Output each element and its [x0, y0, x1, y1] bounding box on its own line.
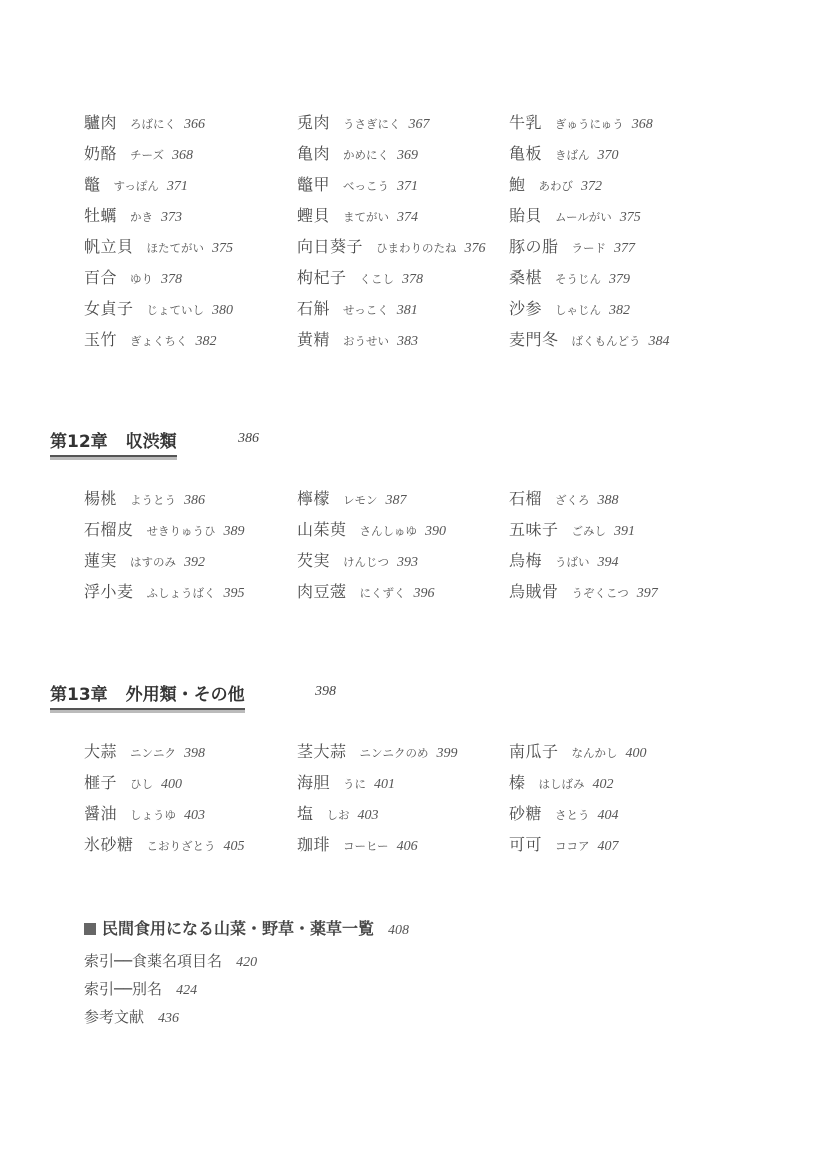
toc-row: 榧子ひし400海胆うに401榛はしばみ402 — [84, 770, 744, 801]
entry-reading: かき — [130, 209, 153, 225]
chapter-number: 第13章 — [50, 680, 108, 705]
back-matter-label: 民間食用になる山菜・野草・薬草一覧 — [102, 916, 374, 939]
entry-page: 404 — [598, 808, 619, 824]
entry-reading: レモン — [343, 492, 378, 508]
toc-row: 帆立貝ほたてがい375向日葵子ひまわりのたね376豚の脂ラード377 — [84, 234, 744, 265]
entry-reading: こおりざとう — [147, 838, 216, 854]
entry-reading: ゆり — [130, 271, 153, 287]
entry-reading: おうせい — [343, 333, 389, 349]
toc-entry: 蓮実はすのみ392 — [84, 548, 205, 571]
entry-name: 大蒜 — [84, 739, 117, 762]
entry-reading: ニンニクのめ — [360, 745, 429, 761]
entry-reading: くこし — [360, 271, 395, 287]
entry-name: 醤油 — [84, 801, 117, 824]
entry-reading: うばい — [555, 554, 590, 570]
entry-name: 亀肉 — [297, 141, 330, 164]
entry-page: 381 — [397, 303, 418, 319]
entry-reading: ふしょうばく — [147, 585, 216, 601]
entry-reading: ばくもんどう — [572, 333, 641, 349]
entry-name: 南瓜子 — [509, 739, 559, 762]
toc-entry: 大蒜ニンニク398 — [84, 739, 205, 762]
entry-name: 氷砂糖 — [84, 832, 134, 855]
entry-page: 382 — [609, 303, 630, 319]
chapter-page: 398 — [315, 684, 336, 700]
entry-name: 鼈甲 — [297, 172, 330, 195]
entry-page: 367 — [409, 117, 430, 133]
entry-name: 石榴 — [509, 486, 542, 509]
toc-entry: 氷砂糖こおりざとう405 — [84, 832, 245, 855]
entry-name: 玉竹 — [84, 327, 117, 350]
entry-reading: ラード — [572, 240, 607, 256]
toc-entry: 石斛せっこく381 — [297, 296, 418, 319]
toc-entry: 芡実けんじつ393 — [297, 548, 418, 571]
toc-entry: 榛はしばみ402 — [509, 770, 614, 793]
entry-page: 407 — [598, 839, 619, 855]
entry-name: 榛 — [509, 770, 526, 793]
entry-reading: ほたてがい — [147, 240, 205, 256]
entry-reading: うさぎにく — [343, 116, 401, 132]
entry-name: 奶酪 — [84, 141, 117, 164]
entry-page: 391 — [614, 524, 635, 540]
toc-entry: 砂糖さとう404 — [509, 801, 619, 824]
back-matter-page: 408 — [388, 923, 409, 939]
entry-page: 366 — [184, 117, 205, 133]
toc-entry: 牡蠣かき373 — [84, 203, 182, 226]
square-bullet-icon — [84, 923, 96, 935]
entry-page: 377 — [614, 241, 635, 257]
toc-entry: 桑椹そうじん379 — [509, 265, 630, 288]
entry-page: 370 — [598, 148, 619, 164]
entry-name: 麦門冬 — [509, 327, 559, 350]
back-matter-label: 索引──別名 — [84, 978, 162, 999]
entry-reading: しゃじん — [555, 302, 601, 318]
entry-reading: うに — [343, 776, 366, 792]
toc-row: 浮小麦ふしょうばく395肉豆蔲にくずく396烏賊骨うぞくこつ397 — [84, 579, 744, 610]
chapter-number: 第12章 — [50, 427, 108, 452]
entry-name: 桑椹 — [509, 265, 542, 288]
entry-reading: コーヒー — [343, 838, 389, 854]
toc-entry: 百合ゆり378 — [84, 265, 182, 288]
toc-entry: 貽貝ムールがい375 — [509, 203, 641, 226]
entry-name: 蟶貝 — [297, 203, 330, 226]
toc-row: 氷砂糖こおりざとう405珈琲コーヒー406可可ココア407 — [84, 832, 744, 863]
entry-reading: ひし — [130, 776, 153, 792]
entry-name: 石斛 — [297, 296, 330, 319]
toc-entry: 醤油しょうゆ403 — [84, 801, 205, 824]
entry-page: 372 — [581, 179, 602, 195]
entry-page: 403 — [184, 808, 205, 824]
entry-name: 珈琲 — [297, 832, 330, 855]
toc-entry: 沙参しゃじん382 — [509, 296, 630, 319]
entry-page: 384 — [649, 334, 670, 350]
toc-entry: 驢肉ろばにく366 — [84, 110, 205, 133]
entry-name: 楊桃 — [84, 486, 117, 509]
entry-name: 牛乳 — [509, 110, 542, 133]
entry-page: 401 — [374, 777, 395, 793]
entry-reading: ムールがい — [555, 209, 612, 225]
back-matter-item: 民間食用になる山菜・野草・薬草一覧 408 — [84, 916, 409, 950]
entry-reading: ニンニク — [130, 745, 176, 761]
entry-reading: せっこく — [343, 302, 389, 318]
entry-name: 肉豆蔲 — [297, 579, 347, 602]
toc-entry: 茎大蒜ニンニクのめ399 — [297, 739, 458, 762]
entry-reading: さんしゅゆ — [360, 523, 418, 539]
entry-page: 379 — [609, 272, 630, 288]
entry-page: 394 — [598, 555, 619, 571]
entry-name: 石榴皮 — [84, 517, 134, 540]
toc-entry: 南瓜子なんかし400 — [509, 739, 647, 762]
entry-name: 向日葵子 — [297, 234, 363, 257]
toc-row: 醤油しょうゆ403塩しお403砂糖さとう404 — [84, 801, 744, 832]
back-matter-page: 420 — [236, 955, 257, 971]
toc-entry: 塩しお403 — [297, 801, 379, 824]
toc-row: 石榴皮せきりゅうひ389山茱萸さんしゅゆ390五味子ごみし391 — [84, 517, 744, 548]
entry-name: 鼈 — [84, 172, 101, 195]
entry-page: 389 — [224, 524, 245, 540]
toc-entry: 海胆うに401 — [297, 770, 395, 793]
entry-reading: さとう — [555, 807, 590, 823]
toc-entry: 浮小麦ふしょうばく395 — [84, 579, 245, 602]
toc-entry: 石榴皮せきりゅうひ389 — [84, 517, 245, 540]
toc-entry: 玉竹ぎょくちく382 — [84, 327, 217, 350]
back-matter: 民間食用になる山菜・野草・薬草一覧 408 索引──食薬名項目名 420 索引─… — [84, 916, 409, 1034]
entry-name: 榧子 — [84, 770, 117, 793]
toc-entry: 牛乳ぎゅうにゅう368 — [509, 110, 653, 133]
entries-chapter11-continued: 驢肉ろばにく366兎肉うさぎにく367牛乳ぎゅうにゅう368奶酪チーズ368亀肉… — [84, 110, 744, 358]
entry-page: 387 — [386, 493, 407, 509]
entry-reading: ごみし — [572, 523, 607, 539]
toc-entry: 亀肉かめにく369 — [297, 141, 418, 164]
entry-page: 406 — [397, 839, 418, 855]
toc-entry: 鼈甲べっこう371 — [297, 172, 418, 195]
entry-page: 374 — [397, 210, 418, 226]
entry-page: 396 — [414, 586, 435, 602]
entry-name: 浮小麦 — [84, 579, 134, 602]
entry-reading: せきりゅうひ — [147, 523, 216, 539]
chapter-12-title-block: 第12章収渋類 — [50, 427, 177, 457]
entry-reading: ようとう — [130, 492, 176, 508]
entry-name: 豚の脂 — [509, 234, 559, 257]
entry-name: 黄精 — [297, 327, 330, 350]
toc-entry: 向日葵子ひまわりのたね376 — [297, 234, 486, 257]
back-matter-item: 参考文献 436 — [84, 1006, 409, 1034]
entry-name: 塩 — [297, 801, 314, 824]
toc-entry: 枸杞子くこし378 — [297, 265, 423, 288]
toc-row: 蓮実はすのみ392芡実けんじつ393烏梅うばい394 — [84, 548, 744, 579]
chapter-12-heading: 第12章収渋類 386 — [50, 427, 310, 457]
toc-row: 楊桃ようとう386檸檬レモン387石榴ざくろ388 — [84, 486, 744, 517]
entry-name: 海胆 — [297, 770, 330, 793]
entry-page: 399 — [437, 746, 458, 762]
entry-page: 383 — [397, 334, 418, 350]
entry-reading: しょうゆ — [130, 807, 176, 823]
entry-page: 393 — [397, 555, 418, 571]
back-matter-item: 索引──別名 424 — [84, 978, 409, 1006]
entry-reading: そうじん — [555, 271, 601, 287]
chapter-13-title-block: 第13章外用類・その他 — [50, 680, 245, 710]
entry-page: 375 — [212, 241, 233, 257]
entry-reading: あわび — [539, 178, 574, 194]
toc-row: 百合ゆり378枸杞子くこし378桑椹そうじん379 — [84, 265, 744, 296]
toc-entry: 女貞子じょていし380 — [84, 296, 233, 319]
entry-reading: はしばみ — [539, 776, 585, 792]
toc-row: 大蒜ニンニク398茎大蒜ニンニクのめ399南瓜子なんかし400 — [84, 739, 744, 770]
entry-reading: まてがい — [343, 209, 389, 225]
entry-name: 枸杞子 — [297, 265, 347, 288]
entry-name: 沙参 — [509, 296, 542, 319]
back-matter-item: 索引──食薬名項目名 420 — [84, 950, 409, 978]
chapter-title: 外用類・その他 — [126, 680, 245, 705]
entry-reading: かめにく — [343, 147, 389, 163]
chapter-13-heading: 第13章外用類・その他 398 — [50, 680, 370, 710]
entry-page: 375 — [620, 210, 641, 226]
entry-name: 可可 — [509, 832, 542, 855]
entry-page: 395 — [224, 586, 245, 602]
entry-page: 397 — [637, 586, 658, 602]
entries-chapter13: 大蒜ニンニク398茎大蒜ニンニクのめ399南瓜子なんかし400榧子ひし400海胆… — [84, 739, 744, 863]
entry-page: 380 — [212, 303, 233, 319]
toc-entry: 黄精おうせい383 — [297, 327, 418, 350]
entry-page: 368 — [632, 117, 653, 133]
toc-entry: 山茱萸さんしゅゆ390 — [297, 517, 446, 540]
toc-entry: 五味子ごみし391 — [509, 517, 635, 540]
back-matter-label: 索引──食薬名項目名 — [84, 950, 222, 971]
toc-row: 玉竹ぎょくちく382黄精おうせい383麦門冬ばくもんどう384 — [84, 327, 744, 358]
toc-entry: 蟶貝まてがい374 — [297, 203, 418, 226]
entry-reading: なんかし — [572, 745, 618, 761]
entry-reading: じょていし — [147, 302, 205, 318]
chapter-title: 収渋類 — [126, 427, 177, 452]
toc-entry: 石榴ざくろ388 — [509, 486, 619, 509]
entry-reading: ひまわりのたね — [376, 240, 457, 256]
toc-entry: 烏賊骨うぞくこつ397 — [509, 579, 658, 602]
entry-reading: チーズ — [130, 147, 164, 163]
entry-page: 376 — [465, 241, 486, 257]
entry-name: 亀板 — [509, 141, 542, 164]
entry-page: 378 — [402, 272, 423, 288]
back-matter-page: 424 — [176, 983, 197, 999]
entry-name: 山茱萸 — [297, 517, 347, 540]
entry-page: 390 — [425, 524, 446, 540]
entry-page: 371 — [397, 179, 418, 195]
entry-name: 驢肉 — [84, 110, 117, 133]
entry-page: 402 — [593, 777, 614, 793]
toc-entry: 烏梅うばい394 — [509, 548, 619, 571]
entry-reading: にくずく — [360, 585, 406, 601]
toc-row: 女貞子じょていし380石斛せっこく381沙参しゃじん382 — [84, 296, 744, 327]
chapter-page: 386 — [238, 431, 259, 447]
entry-reading: べっこう — [343, 178, 389, 194]
toc-entry: 帆立貝ほたてがい375 — [84, 234, 233, 257]
back-matter-page: 436 — [158, 1011, 179, 1027]
entry-reading: ろばにく — [130, 116, 176, 132]
toc-entry: 麦門冬ばくもんどう384 — [509, 327, 670, 350]
entry-name: 百合 — [84, 265, 117, 288]
entry-name: 兎肉 — [297, 110, 330, 133]
back-matter-label: 参考文献 — [84, 1006, 144, 1027]
entry-reading: ココア — [555, 838, 590, 854]
entry-reading: きばん — [555, 147, 590, 163]
entry-name: 牡蠣 — [84, 203, 117, 226]
entry-reading: ぎゅうにゅう — [555, 116, 624, 132]
toc-entry: 可可ココア407 — [509, 832, 619, 855]
toc-entry: 鮑あわび372 — [509, 172, 602, 195]
toc-row: 牡蠣かき373蟶貝まてがい374貽貝ムールがい375 — [84, 203, 744, 234]
entry-page: 382 — [196, 334, 217, 350]
toc-entry: 奶酪チーズ368 — [84, 141, 193, 164]
toc-page: 驢肉ろばにく366兎肉うさぎにく367牛乳ぎゅうにゅう368奶酪チーズ368亀肉… — [0, 0, 830, 1174]
entry-page: 378 — [161, 272, 182, 288]
entry-page: 368 — [172, 148, 193, 164]
entry-name: 砂糖 — [509, 801, 542, 824]
entry-page: 400 — [626, 746, 647, 762]
entry-page: 373 — [161, 210, 182, 226]
entry-name: 茎大蒜 — [297, 739, 347, 762]
entry-name: 檸檬 — [297, 486, 330, 509]
toc-row: 鼈すっぽん371鼈甲べっこう371鮑あわび372 — [84, 172, 744, 203]
entry-name: 帆立貝 — [84, 234, 134, 257]
entry-name: 五味子 — [509, 517, 559, 540]
entry-name: 芡実 — [297, 548, 330, 571]
entry-page: 398 — [184, 746, 205, 762]
entry-page: 388 — [598, 493, 619, 509]
entry-name: 貽貝 — [509, 203, 542, 226]
entry-reading: けんじつ — [343, 554, 389, 570]
toc-entry: 楊桃ようとう386 — [84, 486, 205, 509]
entry-page: 371 — [167, 179, 188, 195]
entry-reading: はすのみ — [130, 554, 176, 570]
toc-entry: 兎肉うさぎにく367 — [297, 110, 430, 133]
entry-name: 蓮実 — [84, 548, 117, 571]
entries-chapter12: 楊桃ようとう386檸檬レモン387石榴ざくろ388石榴皮せきりゅうひ389山茱萸… — [84, 486, 744, 610]
entry-reading: ぎょくちく — [130, 333, 188, 349]
entry-reading: しお — [327, 807, 350, 823]
entry-page: 369 — [397, 148, 418, 164]
entry-reading: ざくろ — [555, 492, 590, 508]
toc-entry: 亀板きばん370 — [509, 141, 619, 164]
toc-entry: 豚の脂ラード377 — [509, 234, 635, 257]
entry-page: 403 — [358, 808, 379, 824]
entry-reading: すっぽん — [114, 178, 159, 194]
toc-entry: 榧子ひし400 — [84, 770, 182, 793]
toc-row: 驢肉ろばにく366兎肉うさぎにく367牛乳ぎゅうにゅう368 — [84, 110, 744, 141]
entry-page: 386 — [184, 493, 205, 509]
entry-reading: うぞくこつ — [572, 585, 629, 601]
toc-entry: 檸檬レモン387 — [297, 486, 407, 509]
toc-row: 奶酪チーズ368亀肉かめにく369亀板きばん370 — [84, 141, 744, 172]
entry-name: 烏梅 — [509, 548, 542, 571]
toc-entry: 鼈すっぽん371 — [84, 172, 188, 195]
entry-page: 400 — [161, 777, 182, 793]
entry-page: 405 — [224, 839, 245, 855]
entry-name: 烏賊骨 — [509, 579, 559, 602]
entry-page: 392 — [184, 555, 205, 571]
entry-name: 女貞子 — [84, 296, 134, 319]
toc-entry: 肉豆蔲にくずく396 — [297, 579, 435, 602]
toc-entry: 珈琲コーヒー406 — [297, 832, 418, 855]
entry-name: 鮑 — [509, 172, 526, 195]
